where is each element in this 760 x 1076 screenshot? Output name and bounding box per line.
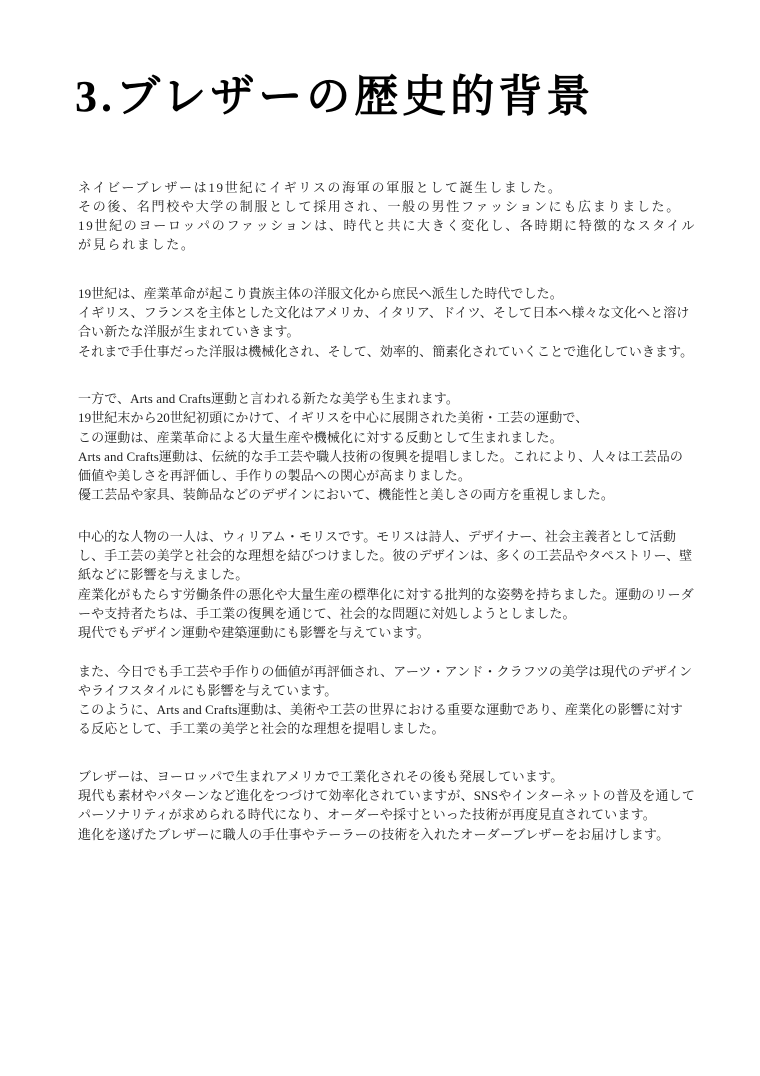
paragraph-modern-revaluation: また、今日でも手工芸や手作りの価値が再評価され、アーツ・アンド・クラフツの美学は… — [78, 662, 718, 739]
paragraph-arts-and-crafts-movement: 一方で、Arts and Crafts運動と言われる新たな美学も生まれます。19… — [78, 389, 718, 505]
paragraph-industrial-revolution: 19世紀は、産業革命が起こり貴族主体の洋服文化から庶民へ派生した時代でした。イギ… — [78, 284, 718, 361]
document-page: 3.ブレザーの歴史的背景 ネイビーブレザーは19世紀にイギリスの海軍の軍服として… — [0, 0, 760, 1076]
page-title: 3.ブレザーの歴史的背景 — [75, 72, 760, 123]
paragraph-william-morris: 中心的な人物の一人は、ウィリアム・モリスです。モリスは詩人、デザイナー、社会主義… — [78, 527, 718, 643]
paragraph-navy-blazer-origin: ネイビーブレザーは19世紀にイギリスの海軍の軍服として誕生しました。その後、名門… — [78, 178, 718, 255]
body-text: ネイビーブレザーは19世紀にイギリスの海軍の軍服として誕生しました。その後、名門… — [78, 178, 718, 844]
paragraph-order-blazer: ブレザーは、ヨーロッパで生まれアメリカで工業化されその後も発展しています。現代も… — [78, 767, 718, 844]
